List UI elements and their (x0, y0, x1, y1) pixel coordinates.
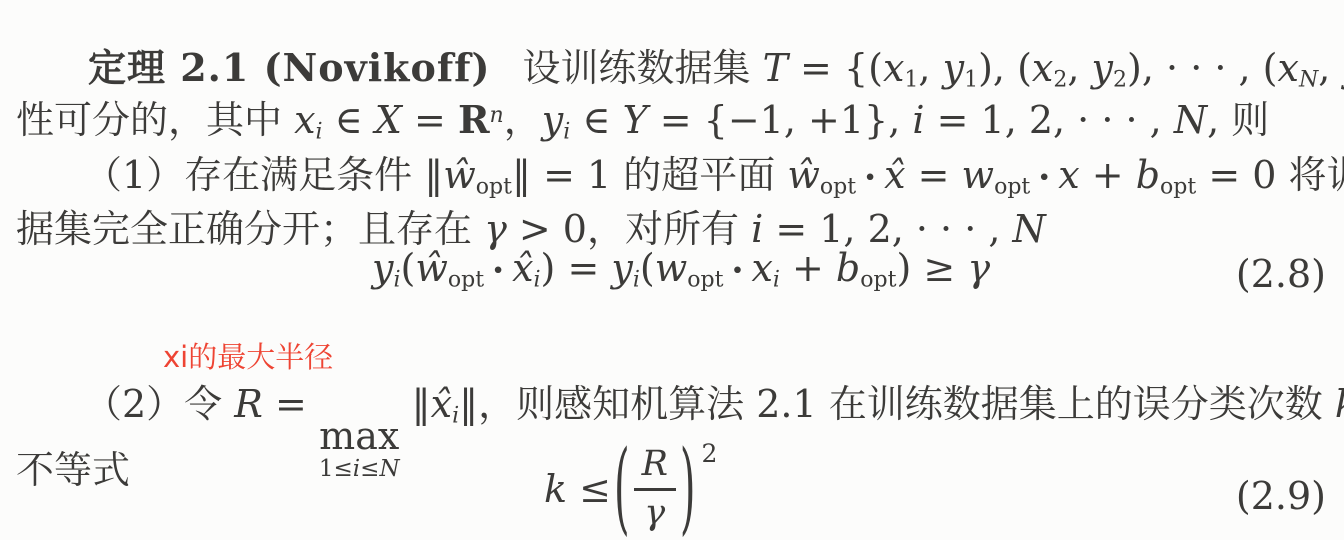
theorem-line-1-body: 设训练数据集 T = {(x1, y1), (x2, y2), · · · , … (523, 46, 1344, 90)
theorem-line-2: 性可分的，其中 xi ∈ X = Rn，yi ∈ Y = {−1, +1}, i… (16, 98, 1269, 145)
equation-2-9-row: k ≤ ( R γ ) 2 (2.9) (0, 438, 1344, 540)
clause-2-prefix: （2）令 R = (84, 382, 319, 426)
theorem-clause-1: （1）存在满足条件 ‖ŵopt‖ = 1 的超平面 ŵopt • x̂ = wo… (84, 153, 1344, 200)
fraction-R-over-gamma: R γ (634, 447, 676, 531)
fraction-denominator: γ (636, 496, 673, 531)
fraction-numerator: R (634, 447, 676, 482)
textbook-page: 定理 2.1 (Novikoff)设训练数据集 T = {(x1, y1), (… (0, 0, 1344, 540)
equation-label-2-9: (2.9) (1236, 474, 1326, 518)
theorem-heading-line: 定理 2.1 (Novikoff)设训练数据集 T = {(x1, y1), (… (88, 46, 1344, 93)
exponent: 2 (702, 439, 718, 468)
equation-2-8: yi(ŵopt • x̂i) = yi(wopt • xi + bopt) ≥ … (372, 246, 990, 292)
clause-2-suffix: ‖x̂i‖，则感知机算法 2.1 在训练数据集上的误分类次数 k 满足 (400, 382, 1344, 426)
equation-2-9-lhs: k ≤ (544, 467, 611, 511)
equation-label-2-8: (2.8) (1236, 252, 1326, 296)
left-paren: ( (614, 432, 630, 540)
annotation-max-radius: xi的最大半径 (163, 343, 333, 372)
equation-2-9: k ≤ ( R γ ) 2 (544, 438, 717, 540)
equation-2-8-row: yi(ŵopt • x̂i) = yi(wopt • xi + bopt) ≥ … (0, 246, 1344, 306)
right-paren: ) (680, 432, 696, 540)
fraction-bar (634, 488, 676, 491)
theorem-title: 定理 2.1 (Novikoff) (88, 45, 491, 90)
